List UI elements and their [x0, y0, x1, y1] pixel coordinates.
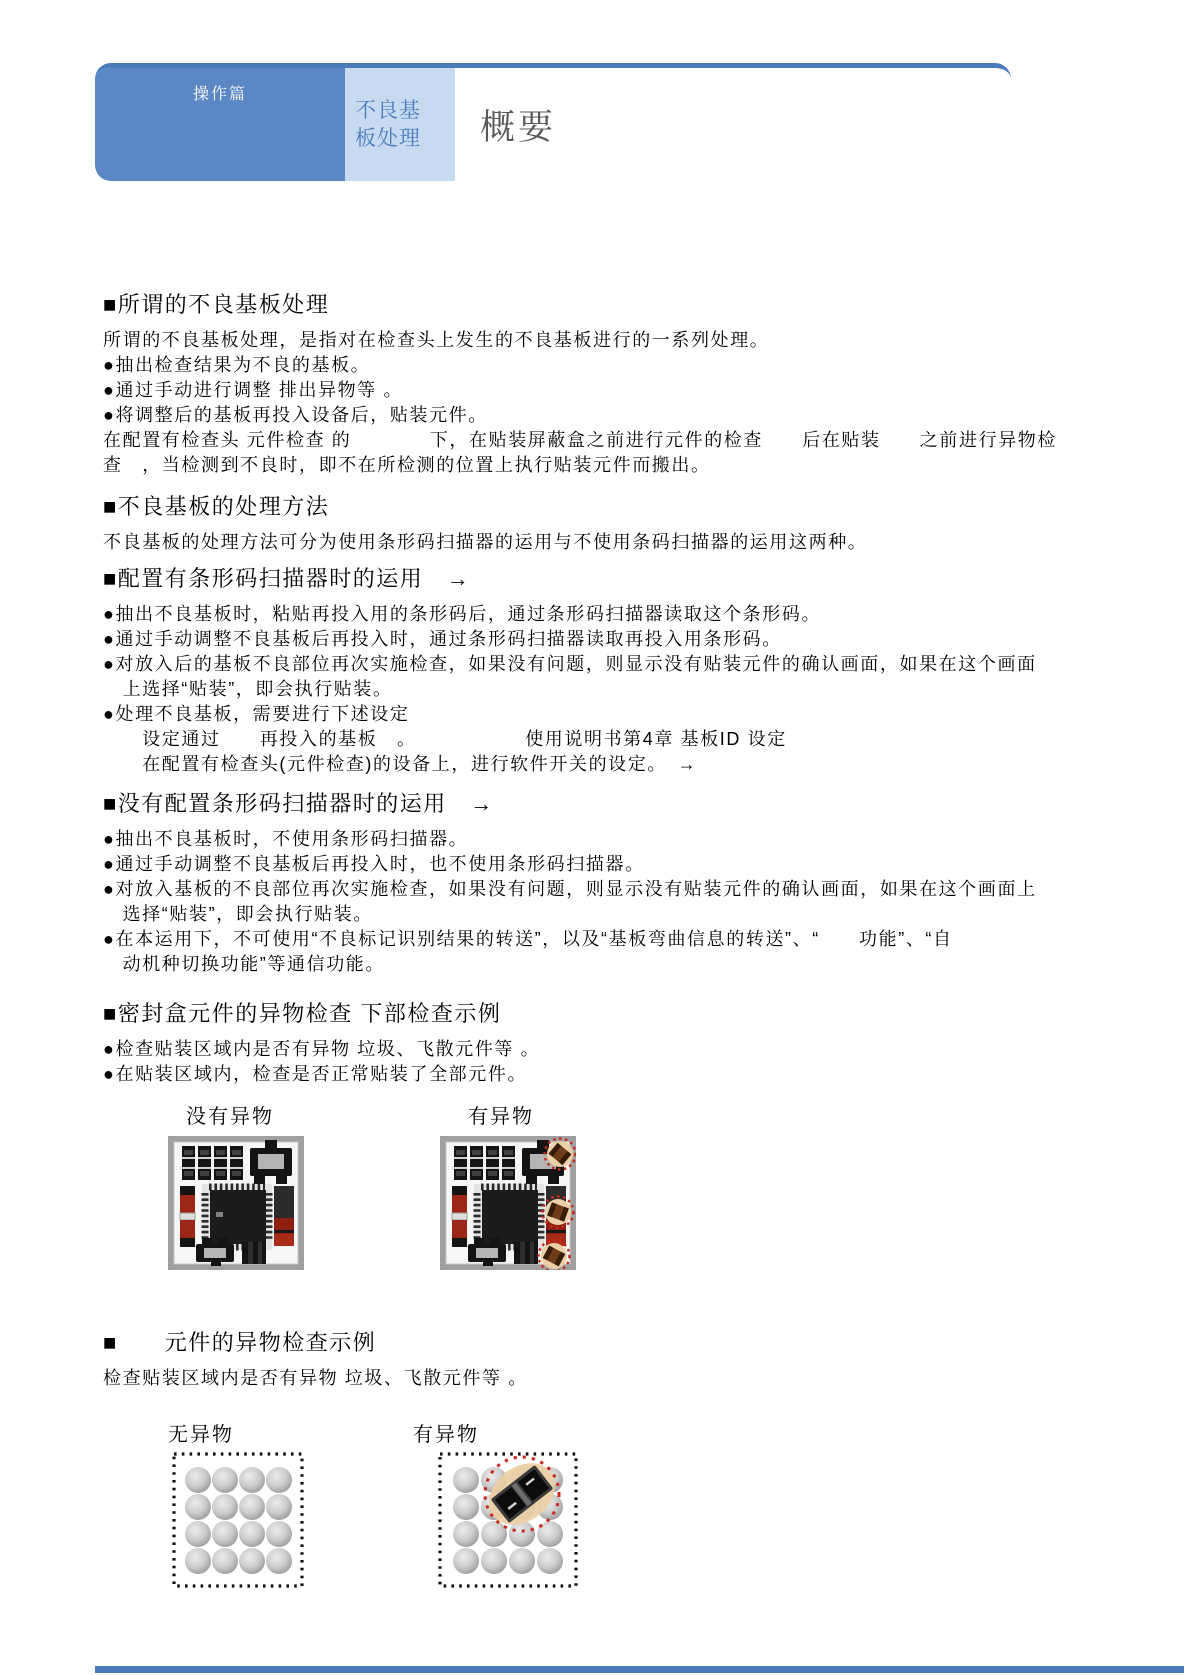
header-chapter-block: 不良基 板处理	[345, 68, 455, 181]
section-without-barcode-scanner: ■没有配置条形码扫描器时的运用 → ●抽出不良基板时，不使用条形码扫描器。 ●通…	[103, 787, 1103, 977]
page-header: 操作篇 不良基 板处理 概要	[95, 63, 1011, 181]
header-chapter-line2: 板处理	[355, 125, 455, 153]
connector-component-right	[274, 1186, 294, 1246]
section-heading: ■ 元件的异物检查示例	[103, 1326, 1103, 1357]
foreign-object-icon	[543, 1197, 574, 1228]
body-line: 在配置有检查头 元件检查 的 下，在贴装屏蔽盒之前进行元件的检查 后在贴装 之前…	[103, 428, 1103, 453]
figure-board-foreign	[440, 1136, 576, 1275]
body-line: 检查贴装区域内是否有异物 垃圾、飞散元件等 。	[103, 1366, 1103, 1391]
figure-board-clean	[168, 1136, 304, 1275]
figure2-clean-label: 无异物	[168, 1418, 234, 1447]
section-heading: ■配置有条形码扫描器时的运用 →	[103, 562, 1103, 593]
body-line: ●通过手动进行调整 排出异物等 。	[103, 378, 1103, 403]
qfp-chip	[202, 1184, 272, 1250]
body-line: ●将调整后的基板再投入设备后，贴装元件。	[103, 403, 1103, 428]
body-line: 所谓的不良基板处理，是指对在检查头上发生的不良基板进行的一系列处理。	[103, 328, 1103, 353]
body-line: 上选择“贴装”，即会执行贴装。	[103, 677, 1103, 702]
section-heading: ■没有配置条形码扫描器时的运用 →	[103, 787, 1103, 818]
bga-illustration-foreign	[438, 1452, 578, 1588]
body-line: ●抽出不良基板时，粘贴再投入用的条形码后，通过条形码扫描器读取这个条形码。	[103, 602, 1103, 627]
figure2-foreign-label: 有异物	[413, 1418, 479, 1447]
body-line: ●检查贴装区域内是否有异物 垃圾、飞散元件等 。	[103, 1037, 1103, 1062]
foreign-object-icon	[545, 1139, 576, 1170]
body-line: ●处理不良基板，需要进行下述设定	[103, 702, 1103, 727]
body-line: ●通过手动调整不良基板后再投入时，也不使用条形码扫描器。	[103, 852, 1103, 877]
manual-page: 操作篇 不良基 板处理 概要 ■所谓的不良基板处理 所谓的不良基板处理，是指对在…	[0, 0, 1184, 1675]
section-sealed-box-inspection: ■密封盒元件的异物检查 下部检查示例 ●检查贴装区域内是否有异物 垃圾、飞散元件…	[103, 997, 1103, 1087]
capacitor-column	[180, 1186, 195, 1247]
section-heading: ■所谓的不良基板处理	[103, 288, 1103, 319]
body-line: ●通过手动调整不良基板后再投入时，通过条形码扫描器读取再投入用条形码。	[103, 627, 1103, 652]
footer-accent-bar	[95, 1666, 1184, 1673]
chip-component-bottom	[514, 1242, 538, 1264]
section-handling-methods: ■不良基板的处理方法 不良基板的处理方法可分为使用条形码扫描器的运用与不使用条码…	[103, 490, 1103, 555]
body-line: 动机种切换功能”等通信功能。	[103, 952, 1103, 977]
pcb-illustration-foreign	[440, 1136, 576, 1270]
figure-bga-foreign	[438, 1452, 578, 1593]
body-line: ●对放入基板的不良部位再次实施检查，如果没有问题，则显示没有贴装元件的确认画面，…	[103, 877, 1103, 902]
pcb-illustration	[168, 1136, 304, 1270]
figure1-foreign-label: 有异物	[468, 1100, 534, 1129]
header-category-block: 操作篇	[95, 68, 345, 181]
capacitor-column	[452, 1186, 467, 1247]
page-title: 概要	[480, 100, 556, 150]
body-line: ●对放入后的基板不良部位再次实施检查，如果没有问题，则显示没有贴装元件的确认画面…	[103, 652, 1103, 677]
bga-illustration	[172, 1452, 304, 1588]
chip-component-bottom	[242, 1242, 266, 1264]
body-line: 查 ，当检测到不良时，即不在所检测的位置上执行贴装元件而搬出。	[103, 453, 1103, 478]
header-category-label: 操作篇	[95, 81, 345, 104]
header-chapter-line1: 不良基	[355, 97, 455, 125]
body-line: ●在本运用下，不可使用“不良标记识别结果的转送”，以及“基板弯曲信息的转送”、“…	[103, 927, 1103, 952]
body-line: 设定通过 再投入的基板 。 使用说明书第4章 基板ID 设定	[103, 727, 1103, 752]
body-line: ●抽出检查结果为不良的基板。	[103, 353, 1103, 378]
section-heading: ■密封盒元件的异物检查 下部检查示例	[103, 997, 1103, 1028]
section-with-barcode-scanner: ■配置有条形码扫描器时的运用 → ●抽出不良基板时，粘贴再投入用的条形码后，通过…	[103, 562, 1103, 777]
body-line: ●在贴装区域内，检查是否正常贴装了全部元件。	[103, 1062, 1103, 1087]
qfp-chip	[474, 1184, 544, 1250]
body-line: ●抽出不良基板时，不使用条形码扫描器。	[103, 827, 1103, 852]
figure-bga-clean	[172, 1452, 304, 1593]
section-defective-board-overview: ■所谓的不良基板处理 所谓的不良基板处理，是指对在检查头上发生的不良基板进行的一…	[103, 288, 1103, 478]
body-line: 在配置有检查头(元件检查)的设备上，进行软件开关的设定。 →	[103, 752, 1103, 777]
body-line: 不良基板的处理方法可分为使用条形码扫描器的运用与不使用条码扫描器的运用这两种。	[103, 530, 1103, 555]
body-line: 选择“贴装”，即会执行贴装。	[103, 902, 1103, 927]
section-component-inspection: ■ 元件的异物检查示例 检查贴装区域内是否有异物 垃圾、飞散元件等 。	[103, 1326, 1103, 1391]
section-heading: ■不良基板的处理方法	[103, 490, 1103, 521]
figure1-clean-label: 没有异物	[186, 1100, 274, 1129]
